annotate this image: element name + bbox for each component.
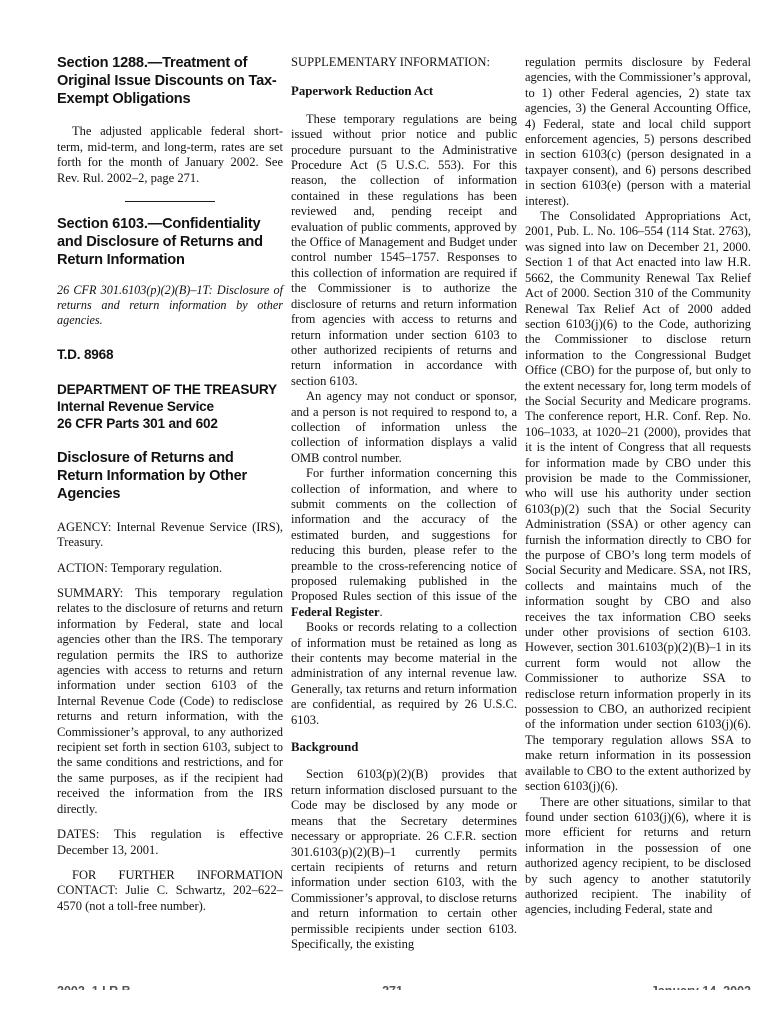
continuation-paragraph: regulation permits disclosure by Federal…: [525, 55, 751, 209]
background-paragraph-1: Section 6103(p)(2)(B) provides that retu…: [291, 767, 517, 952]
dates-paragraph: DATES: This regulation is effective Dece…: [57, 827, 283, 858]
section-6103-heading: Section 6103.—Confidentiality and Disclo…: [57, 216, 283, 269]
paperwork-paragraph-2: An agency may not conduct or sponsor, an…: [291, 389, 517, 466]
summary-paragraph: SUMMARY: This temporary regulation relat…: [57, 586, 283, 817]
column-right: regulation permits disclosure by Federal…: [525, 55, 751, 918]
department-line-2: Internal Revenue Service: [57, 398, 283, 415]
action-paragraph: ACTION: Temporary regulation.: [57, 561, 283, 576]
section-1288-paragraph: The adjusted applicable federal short-te…: [57, 124, 283, 186]
other-situations-paragraph: There are other situations, similar to t…: [525, 795, 751, 918]
department-block: DEPARTMENT OF THE TREASURY Internal Reve…: [57, 381, 283, 432]
td-number: T.D. 8968: [57, 346, 283, 363]
section-divider: [125, 201, 215, 202]
paperwork-paragraph-1: These temporary regulations are being is…: [291, 112, 517, 389]
paperwork-reduction-act-heading: Paperwork Reduction Act: [291, 84, 517, 99]
footer-bulletin-number: 2002–1 I.R.B.: [57, 984, 134, 990]
three-column-layout: Section 1288.—Treatment of Original Issu…: [57, 55, 751, 952]
bulletin-page: Section 1288.—Treatment of Original Issu…: [0, 0, 770, 1024]
department-line-1: DEPARTMENT OF THE TREASURY: [57, 381, 283, 398]
column-middle: SUPPLEMENTARY INFORMATION: Paperwork Red…: [291, 55, 517, 952]
section-1288-heading: Section 1288.—Treatment of Original Issu…: [57, 55, 283, 108]
footer-date: January 14, 2002: [651, 984, 751, 990]
paragraph-3-period: .: [380, 605, 383, 619]
supplementary-information-heading: SUPPLEMENTARY INFORMATION:: [291, 55, 517, 70]
background-heading: Background: [291, 740, 517, 755]
cfr-citation: 26 CFR 301.6103(p)(2)(B)–1T: Disclosure …: [57, 283, 283, 328]
document-title: Disclosure of Returns and Return Informa…: [57, 450, 283, 503]
footer-page-number: 271: [382, 984, 403, 990]
appropriations-act-paragraph: The Consolidated Appropriations Act, 200…: [525, 209, 751, 794]
page-footer: 2002–1 I.R.B. 271 January 14, 2002: [57, 984, 751, 990]
paragraph-3-text: For further information concerning this …: [291, 466, 517, 603]
department-line-3: 26 CFR Parts 301 and 602: [57, 415, 283, 432]
column-left: Section 1288.—Treatment of Original Issu…: [57, 55, 283, 914]
paperwork-paragraph-3: For further information concerning this …: [291, 466, 517, 620]
federal-register-bold: Federal Register: [291, 605, 380, 619]
contact-paragraph: FOR FURTHER INFORMATION CONTACT: Julie C…: [57, 868, 283, 914]
agency-paragraph: AGENCY: Internal Revenue Service (IRS), …: [57, 520, 283, 551]
paperwork-paragraph-4: Books or records relating to a collectio…: [291, 620, 517, 728]
